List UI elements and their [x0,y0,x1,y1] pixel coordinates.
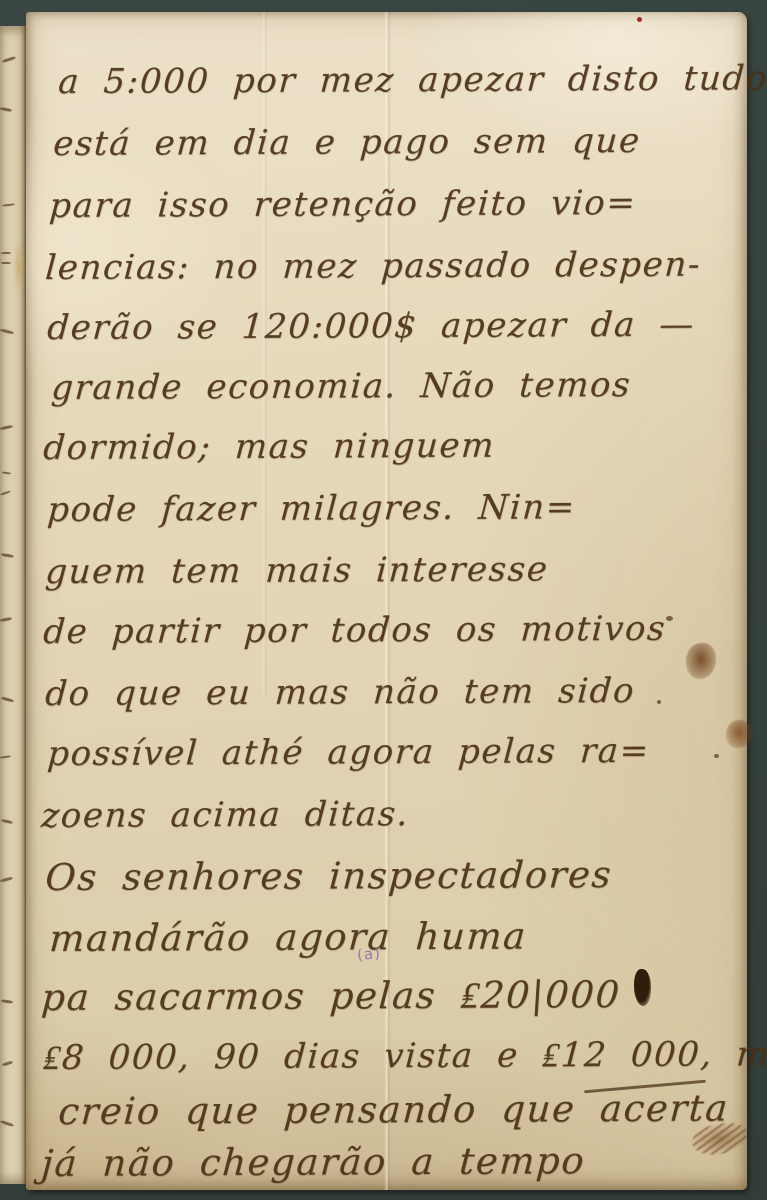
page-fragment-mark [0,876,13,882]
page-fragment-mark [1,553,14,558]
page-fragment-mark [0,107,12,112]
page-fragment-mark [1,262,11,264]
page-fragment-mark [2,1061,13,1067]
manuscript-line: creio que pensando que acerta [57,1086,730,1134]
page-fragment-mark [0,755,11,759]
letter-page: a 5:000 por mez apezar disto tudo está e… [26,12,747,1190]
manuscript-line: dormido; mas ninguem [42,426,496,469]
ink-stain [726,720,752,748]
manuscript-line: pa sacarmos pelas ₤20|000 [40,973,622,1020]
manuscript-line: Os senhores inspectadores [44,853,614,900]
manuscript-line: pode fazer milagres. Nin= [46,487,577,531]
page-fragment-mark [1,696,14,702]
manuscript-line: mandárão agora huma [48,915,528,962]
ink-speck [666,616,673,621]
page-fragment-mark [2,471,11,474]
page-fragment-mark [1,999,13,1004]
red-dot-mark [637,17,642,22]
manuscript-line: grande economia. Não temos [50,365,633,409]
scan-background: a 5:000 por mez apezar disto tudo está e… [0,0,767,1200]
annotation-a: (a) [356,944,382,964]
manuscript-line: do que eu mas não tem sido [44,671,637,715]
page-fragment-mark [0,617,12,622]
page-fragment-mark [0,425,13,431]
ink-blot [634,969,651,1006]
manuscript-line: ₤8 000, 90 dias vista e ₤12 000, mas [42,1034,767,1079]
manuscript-line: está em dia e pago sem que [52,121,642,165]
page-fragment-mark [0,490,11,496]
page-fragment-mark [2,203,15,206]
manuscript-line: guem tem mais interesse [44,549,550,592]
page-fragment-mark [2,56,16,63]
page-crease [262,12,267,695]
ink-speck [657,700,661,704]
page-fragment-mark [1,252,11,254]
manuscript-line: possível athé agora pelas ra= [46,731,651,775]
page-fragment-mark [0,328,14,334]
manuscript-line: de partir por todos os motivos [42,609,667,653]
page-fragment-mark [1,819,13,824]
fold-stain [14,241,23,293]
page-fragment-mark [0,1120,14,1127]
manuscript-line: a 5:000 por mez apezar disto tudo [57,58,767,103]
ink-speck [714,754,719,758]
manuscript-line: lencias: no mez passado despen- [44,245,702,289]
ink-stain [686,643,716,679]
manuscript-line: derão se 120:000$ apezar da — [46,305,696,349]
manuscript-line: já não chegarão a tempo [40,1139,587,1186]
adjacent-page-edge [0,26,26,1184]
manuscript-line: zoens acima ditas. [40,794,411,837]
manuscript-line: para isso retenção feito vio= [48,183,638,227]
